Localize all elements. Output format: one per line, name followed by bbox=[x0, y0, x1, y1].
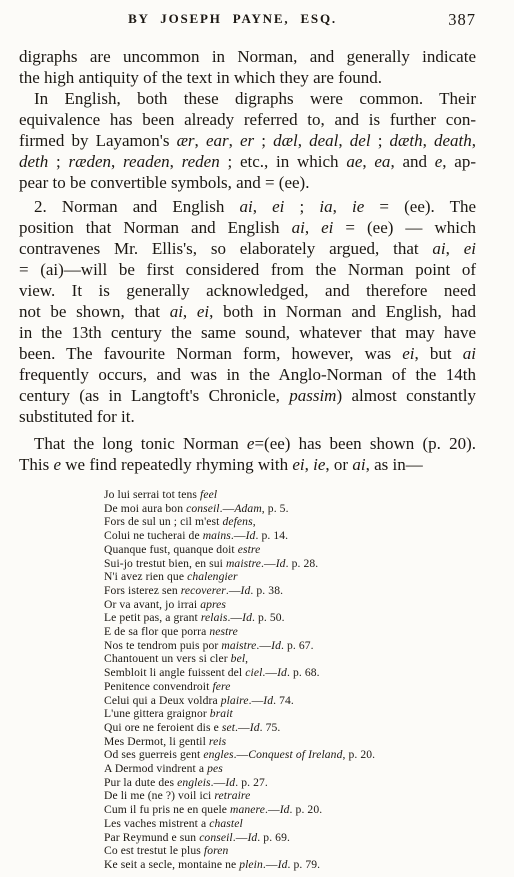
text-line: pear to be convertible symbols, and = (e… bbox=[19, 172, 476, 193]
text-line: That the long tonic Norman e=(ee) has be… bbox=[19, 433, 476, 454]
verse-line: Chantouent un vers si cler bel, bbox=[104, 652, 476, 666]
text-line: In English, both these digraphs were com… bbox=[19, 88, 476, 109]
text-line: been. The favourite Norman form, however… bbox=[19, 343, 476, 364]
verse-line: Fors isterez sen recoverer.—Id. p. 38. bbox=[104, 584, 476, 598]
verse-line: Par Reymund e sun conseil.—Id. p. 69. bbox=[104, 831, 476, 845]
verse-line: Pur la dute des engleis.—Id. p. 27. bbox=[104, 776, 476, 790]
verse-line: Qui ore ne feroient dis e set.—Id. 75. bbox=[104, 721, 476, 735]
text-line: the high antiquity of the text in which … bbox=[19, 67, 476, 88]
verse-line: De moi aura bon conseil.—Adam, p. 5. bbox=[104, 502, 476, 516]
text-line: equivalence has been already referred to… bbox=[19, 109, 476, 130]
verse-line: Ke seit a secle, montaine ne plein.—Id. … bbox=[104, 858, 476, 872]
text-line: 2. Norman and English ai, ei ; ia, ie = … bbox=[19, 196, 476, 217]
text-line: digraphs are uncommon in Norman, and gen… bbox=[19, 46, 476, 67]
page-number: 387 bbox=[448, 10, 476, 30]
header-title: BY JOSEPH PAYNE, ESQ. bbox=[19, 11, 476, 27]
verse-line: A Dermod vindrent a pes bbox=[104, 762, 476, 776]
text-line: view. It is generally acknowledged, and … bbox=[19, 280, 476, 301]
verse-line: Colui ne tucherai de mains.—Id. p. 14. bbox=[104, 529, 476, 543]
running-header: BY JOSEPH PAYNE, ESQ. 387 bbox=[19, 11, 476, 33]
paragraph: That the long tonic Norman e=(ee) has be… bbox=[19, 433, 476, 475]
paragraph: 2. Norman and English ai, ei ; ia, ie = … bbox=[19, 196, 476, 427]
verse-line: L'une gittera graignor brait bbox=[104, 707, 476, 721]
text-line: = (ai)—will be first considered from the… bbox=[19, 259, 476, 280]
verse-line: Les vaches mistrent a chastel bbox=[104, 817, 476, 831]
text-line: contravenes Mr. Ellis's, so elaborately … bbox=[19, 238, 476, 259]
verse-block: Jo lui serrai tot tens feelDe moi aura b… bbox=[104, 488, 476, 872]
book-page: BY JOSEPH PAYNE, ESQ. 387 digraphs are u… bbox=[0, 0, 514, 877]
text-line: This e we find repeatedly rhyming with e… bbox=[19, 454, 476, 475]
text-line: century (as in Langtoft's Chronicle, pas… bbox=[19, 385, 476, 406]
verse-line: Co est trestut le plus foren bbox=[104, 844, 476, 858]
verse-line: Jo lui serrai tot tens feel bbox=[104, 488, 476, 502]
verse-line: De li me (ne ?) voil ici retraire bbox=[104, 789, 476, 803]
verse-line: Le petit pas, a grant relais.—Id. p. 50. bbox=[104, 611, 476, 625]
verse-line: Od ses guerreis gent engles.—Conquest of… bbox=[104, 748, 476, 762]
paragraph: In English, both these digraphs were com… bbox=[19, 88, 476, 193]
body-text: digraphs are uncommon in Norman, and gen… bbox=[19, 46, 476, 872]
verse-line: Celui qui a Deux voldra plaire.—Id. 74. bbox=[104, 694, 476, 708]
verse-line: Sembloit li angle fuissent del ciel.—Id.… bbox=[104, 666, 476, 680]
text-line: firmed by Layamon's ær, ear, er ; dæl, d… bbox=[19, 130, 476, 151]
text-line: substituted for it. bbox=[19, 406, 476, 427]
text-line: in the 13th century the same sound, what… bbox=[19, 322, 476, 343]
text-line: position that Norman and English ai, ei … bbox=[19, 217, 476, 238]
verse-line: Penitence convendroit fere bbox=[104, 680, 476, 694]
verse-line: Or va avant, jo irrai apres bbox=[104, 598, 476, 612]
verse-line: Fors de sul un ; cil m'est defens, bbox=[104, 515, 476, 529]
text-line: deth ; ræden, readen, reden ; etc., in w… bbox=[19, 151, 476, 172]
verse-line: N'i avez rien que chalengier bbox=[104, 570, 476, 584]
verse-line: Nos te tendrom puis por maistre.—Id. p. … bbox=[104, 639, 476, 653]
verse-line: E de sa flor que porra nestre bbox=[104, 625, 476, 639]
paragraph: digraphs are uncommon in Norman, and gen… bbox=[19, 46, 476, 88]
text-line: not be shown, that ai, ei, both in Norma… bbox=[19, 301, 476, 322]
verse-line: Quanque fust, quanque doit estre bbox=[104, 543, 476, 557]
verse-line: Mes Dermot, li gentil reis bbox=[104, 735, 476, 749]
verse-line: Sui-jo trestut bien, en sui maistre.—Id.… bbox=[104, 557, 476, 571]
verse-line: Cum il fu pris ne en quele manere.—Id. p… bbox=[104, 803, 476, 817]
text-line: frequently occurs, and was in the Anglo-… bbox=[19, 364, 476, 385]
